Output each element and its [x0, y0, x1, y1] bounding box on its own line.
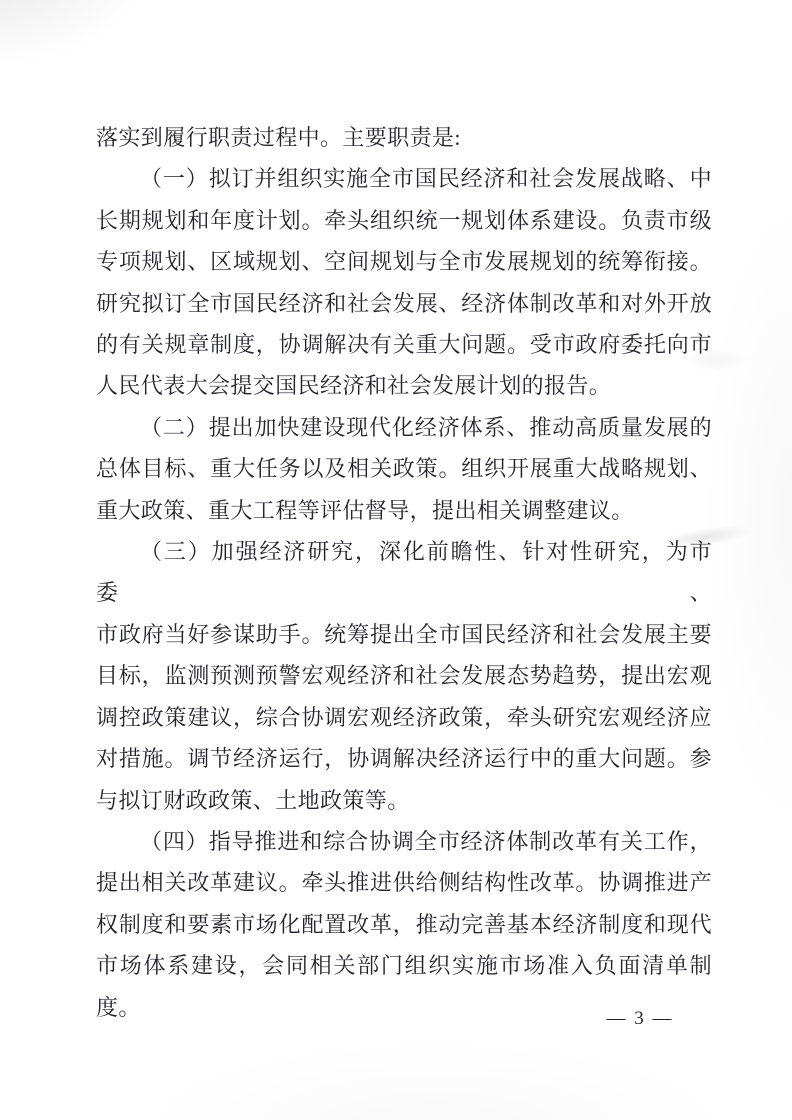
text-line: 落实到履行职责过程中。主要职责是: [96, 117, 712, 158]
text-line: 总体目标、重大任务以及相关政策。组织开展重大战略规划、 [96, 448, 712, 489]
text-line: （一）拟订并组织实施全市国民经济和社会发展战略、中 [96, 158, 712, 199]
page-number: — 3 — [580, 1008, 700, 1030]
scanned-document-page: 落实到履行职责过程中。主要职责是:（一）拟订并组织实施全市国民经济和社会发展战略… [0, 0, 792, 1120]
text-line: 提出相关改革建议。牵头推进供给侧结构性改革。协调推进产 [96, 862, 712, 903]
text-line: （三）加强经济研究，深化前瞻性、针对性研究，为市委、 [96, 531, 712, 614]
text-line: 对措施。调节经济运行，协调解决经济运行中的重大问题。参 [96, 738, 712, 779]
text-line: （二）提出加快建设现代化经济体系、推动高质量发展的 [96, 407, 712, 448]
text-line: 调控政策建议，综合协调宏观经济政策，牵头研究宏观经济应 [96, 697, 712, 738]
text-line: 的有关规章制度，协调解决有关重大问题。受市政府委托向市 [96, 324, 712, 365]
text-line: 长期规划和年度计划。牵头组织统一规划体系建设。负责市级 [96, 200, 712, 241]
text-line: 研究拟订全市国民经济和社会发展、经济体制改革和对外开放 [96, 283, 712, 324]
text-line: 目标，监测预测预警宏观经济和社会发展态势趋势，提出宏观 [96, 655, 712, 696]
text-line: （四）指导推进和综合协调全市经济体制改革有关工作， [96, 821, 712, 862]
text-line: 市政府当好参谋助手。统筹提出全市国民经济和社会发展主要 [96, 614, 712, 655]
text-line: 专项规划、区域规划、空间规划与全市发展规划的统筹衔接。 [96, 241, 712, 282]
text-line: 人民代表大会提交国民经济和社会发展计划的报告。 [96, 365, 712, 406]
document-body-text: 落实到履行职责过程中。主要职责是:（一）拟订并组织实施全市国民经济和社会发展战略… [96, 117, 712, 1028]
text-line: 重大政策、重大工程等评估督导，提出相关调整建议。 [96, 490, 712, 531]
text-line: 权制度和要素市场化配置改革，推动完善基本经济制度和现代 [96, 904, 712, 945]
text-line: 与拟订财政政策、土地政策等。 [96, 780, 712, 821]
text-line: 市场体系建设，会同相关部门组织实施市场准入负面清单制 [96, 945, 712, 986]
